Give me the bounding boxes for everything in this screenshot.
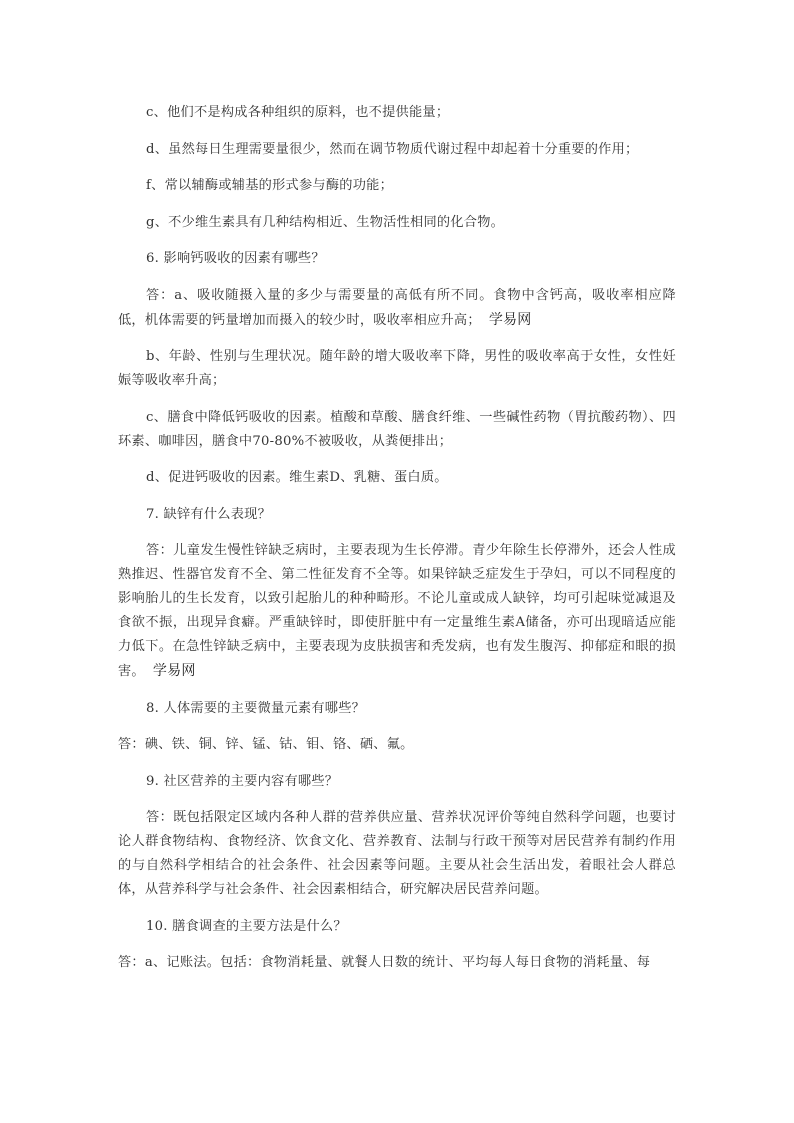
question-text: 8. 人体需要的主要微量元素有哪些？ xyxy=(146,701,365,716)
watermark: 学易网 xyxy=(489,312,532,328)
paragraph-text: d、促进钙吸收的因素。维生素D、乳糖、蛋白质。 xyxy=(146,470,448,485)
question-heading: 8. 人体需要的主要微量元素有哪些？ xyxy=(118,697,676,721)
document-page: c、他们不是构成各种组织的原料，也不提供能量； d、虽然每日生理需要量很少，然而… xyxy=(118,101,676,988)
watermark: 学易网 xyxy=(153,663,196,679)
question-heading: 10. 膳食调查的主要方法是什么？ xyxy=(118,915,676,939)
answer-paragraph: 答：a、吸收随摄入量的多少与需要量的高低有所不同。食物中含钙高，吸收率相应降低，… xyxy=(118,284,676,333)
paragraph-text: b、年龄、性别与生理状况。随年龄的增大吸收率下降，男性的吸收率高于女性，女性妊娠… xyxy=(118,349,676,388)
paragraph: f、常以辅酶或辅基的形式参与酶的功能； xyxy=(118,174,676,198)
paragraph-text: 答：既包括限定区域内各种人群的营养供应量、营养状况评价等纯自然科学问题，也要讨论… xyxy=(118,810,676,897)
paragraph-text: f、常以辅酶或辅基的形式参与酶的功能； xyxy=(146,178,393,193)
question-heading: 9. 社区营养的主要内容有哪些？ xyxy=(118,770,676,794)
question-heading: 7. 缺锌有什么表现？ xyxy=(118,503,676,527)
answer-paragraph: 答：儿童发生慢性锌缺乏病时，主要表现为生长停滞。青少年除生长停滞外，还会人性成熟… xyxy=(118,539,676,684)
paragraph-text: g、不少维生素具有几种结构相近、生物活性相同的化合物。 xyxy=(146,215,504,230)
paragraph: d、虽然每日生理需要量很少，然而在调节物质代谢过程中却起着十分重要的作用； xyxy=(118,138,676,162)
question-text: 10. 膳食调查的主要方法是什么？ xyxy=(146,919,347,934)
paragraph-text: 答：a、吸收随摄入量的多少与需要量的高低有所不同。食物中含钙高，吸收率相应降低，… xyxy=(118,288,676,328)
paragraph-text: 答：儿童发生慢性锌缺乏病时，主要表现为生长停滞。青少年除生长停滞外，还会人性成熟… xyxy=(118,543,676,679)
question-text: 9. 社区营养的主要内容有哪些？ xyxy=(146,774,338,789)
paragraph-text: d、虽然每日生理需要量很少，然而在调节物质代谢过程中却起着十分重要的作用； xyxy=(146,142,638,157)
paragraph: c、他们不是构成各种组织的原料，也不提供能量； xyxy=(118,101,676,125)
paragraph: g、不少维生素具有几种结构相近、生物活性相同的化合物。 xyxy=(118,211,676,235)
question-heading: 6. 影响钙吸收的因素有哪些？ xyxy=(118,247,676,271)
paragraph-text: c、膳食中降低钙吸收的因素。植酸和草酸、膳食纤维、一些碱性药物（胃抗酸药物）、四… xyxy=(118,410,676,449)
answer-paragraph: 答：a、记账法。包括：食物消耗量、就餐人日数的统计、平均每人每日食物的消耗量、每 xyxy=(118,951,676,975)
paragraph-text: c、他们不是构成各种组织的原料，也不提供能量； xyxy=(146,105,449,120)
paragraph: b、年龄、性别与生理状况。随年龄的增大吸收率下降，男性的吸收率高于女性，女性妊娠… xyxy=(118,345,676,393)
answer-paragraph: 答：碘、铁、铜、锌、锰、钴、钼、铬、硒、氟。 xyxy=(118,733,676,757)
paragraph: c、膳食中降低钙吸收的因素。植酸和草酸、膳食纤维、一些碱性药物（胃抗酸药物）、四… xyxy=(118,406,676,454)
paragraph-text: 答：碘、铁、铜、锌、锰、钴、钼、铬、硒、氟。 xyxy=(118,737,414,752)
paragraph: d、促进钙吸收的因素。维生素D、乳糖、蛋白质。 xyxy=(118,466,676,490)
paragraph-text: 答：a、记账法。包括：食物消耗量、就餐人日数的统计、平均每人每日食物的消耗量、每 xyxy=(118,955,650,970)
question-text: 7. 缺锌有什么表现？ xyxy=(146,507,271,522)
answer-paragraph: 答：既包括限定区域内各种人群的营养供应量、营养状况评价等纯自然科学问题，也要讨论… xyxy=(118,806,676,902)
question-text: 6. 影响钙吸收的因素有哪些？ xyxy=(146,251,325,266)
